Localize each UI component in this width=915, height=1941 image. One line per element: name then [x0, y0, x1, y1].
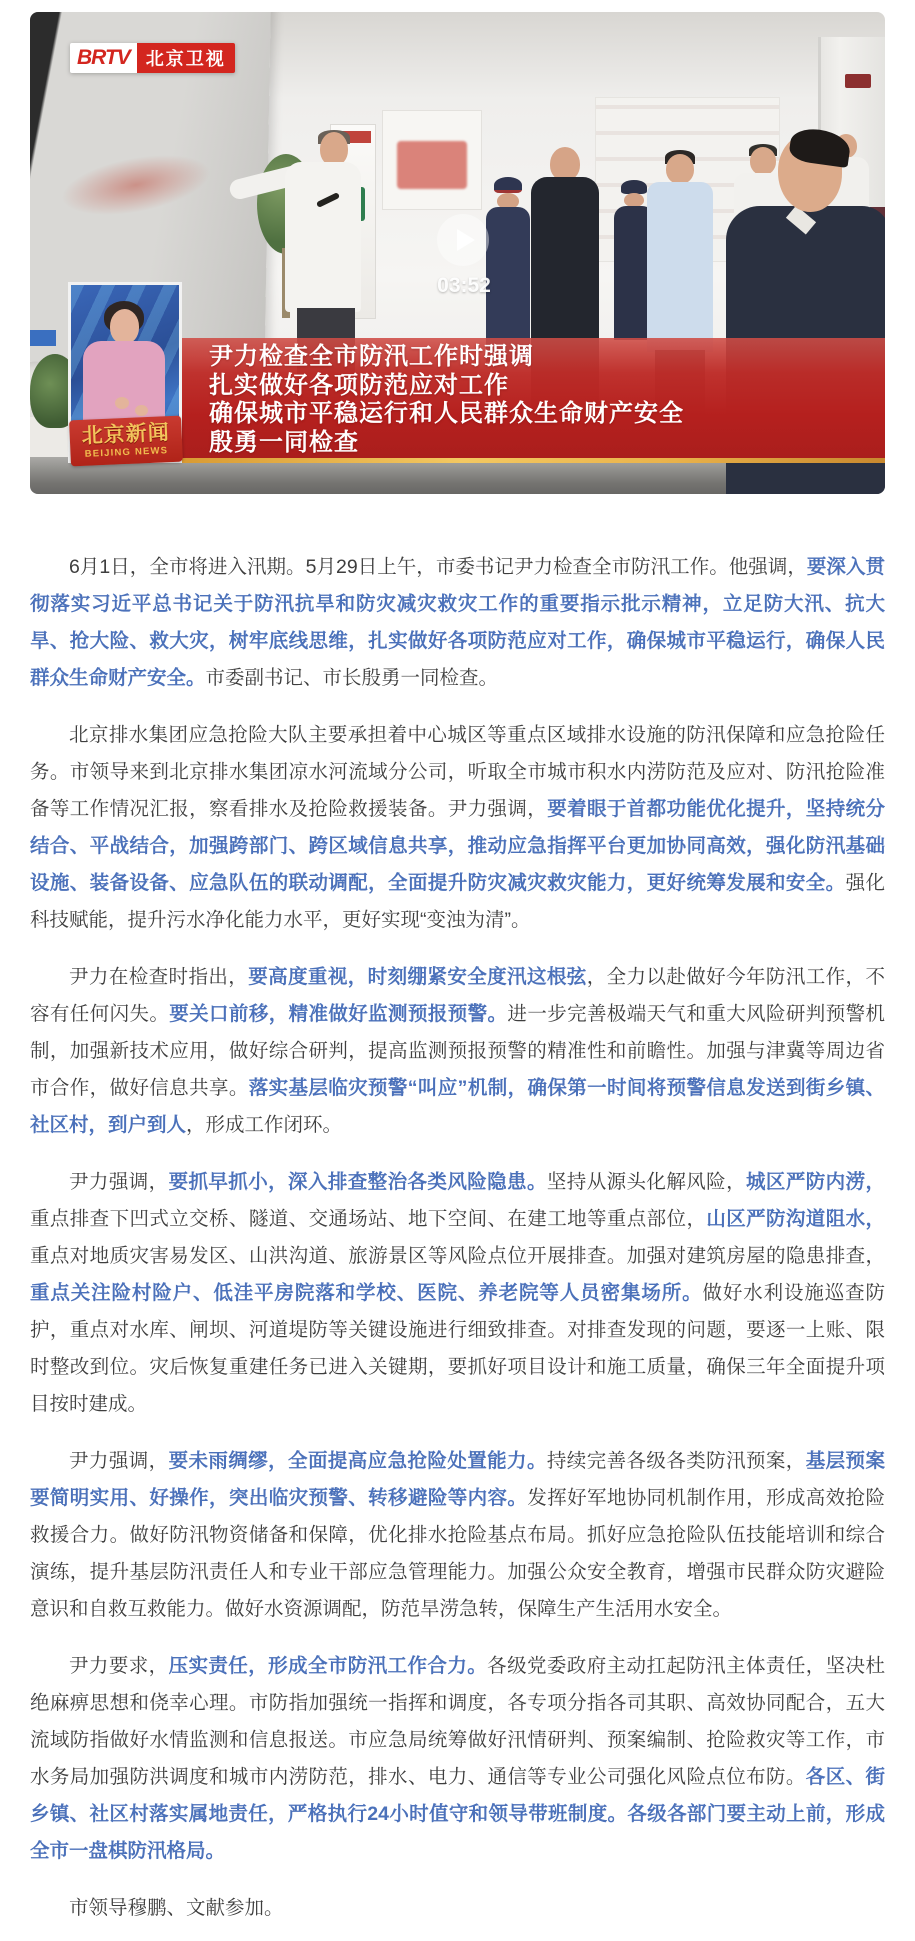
text-segment: 尹力强调，: [69, 1450, 169, 1472]
highlighted-text-segment: 要高度重视，时刻绷紧安全度汛这根弦: [248, 966, 587, 988]
video-timestamp: 03:52: [428, 274, 500, 298]
video-player[interactable]: BRTV 北京卫视 尹力检查全市防汛工作时强调 扎实做好各项防范应对工作 确保城…: [30, 12, 885, 494]
caption-line: 确保城市平稳运行和人民群众生命财产安全: [209, 400, 885, 429]
highlighted-text-segment: 山区严防沟道阻水，: [706, 1208, 885, 1230]
interpreter-face: [110, 309, 139, 344]
beijing-news-badge: 北京新闻 BEIJING NEWS: [69, 416, 183, 467]
highlighted-text-segment: 压实责任，形成全市防汛工作合力。: [169, 1655, 488, 1677]
brtv-channel-name: 北京卫视: [137, 43, 235, 73]
caption-line: 尹力检查全市防汛工作时强调: [209, 343, 885, 372]
caption-line: 扎实做好各项防范应对工作: [209, 372, 885, 401]
wall-sign: [30, 330, 56, 346]
paragraph: 尹力在检查时指出，要高度重视，时刻绷紧安全度汛这根弦，全力以赴做好今年防汛工作，…: [30, 959, 885, 1144]
highlighted-text-segment: 要未雨绸缪，全面提高应急抢险处置能力。: [169, 1450, 547, 1472]
highlighted-text-segment: 要抓早抓小，深入排查整治各类风险隐患。: [169, 1171, 547, 1193]
text-segment: 重点排查下凹式立交桥、隧道、交通场站、地下空间、在建工地等重点部位，: [30, 1208, 706, 1230]
caption-line: 殷勇一同检查: [209, 429, 885, 458]
badge-subtitle: BEIJING NEWS: [84, 444, 168, 461]
text-segment: 坚持从源头化解风险，: [547, 1171, 746, 1193]
article-page: BRTV 北京卫视 尹力检查全市防汛工作时强调 扎实做好各项防范应对工作 确保城…: [0, 12, 915, 1941]
text-segment: 市领导穆鹏、文献参加。: [69, 1897, 284, 1919]
text-segment: 尹力在检查时指出，: [69, 966, 248, 988]
display-board: [382, 110, 482, 210]
text-segment: ，形成工作闭环。: [186, 1114, 342, 1136]
paragraph: 尹力要求，压实责任，形成全市防汛工作合力。各级党委政府主动扛起防汛主体责任，坚决…: [30, 1648, 885, 1870]
text-segment: 尹力强调，: [69, 1171, 169, 1193]
exit-sign: [845, 74, 871, 88]
highlighted-text-segment: 城区严防内涝，: [746, 1171, 885, 1193]
paragraph: 尹力强调，要抓早抓小，深入排查整治各类风险隐患。坚持从源头化解风险，城区严防内涝…: [30, 1164, 885, 1423]
text-segment: 6月1日，全市将进入汛期。5月29日上午，市委书记尹力检查全市防汛工作。他强调，: [69, 556, 807, 578]
play-icon: [457, 229, 475, 251]
text-segment: 市委副书记、市长殷勇一同检查。: [206, 667, 499, 689]
text-segment: 尹力要求，: [69, 1655, 169, 1677]
fire-truck-poster: [397, 141, 467, 189]
paragraph: 市领导穆鹏、文献参加。: [30, 1890, 885, 1927]
article-body: 6月1日，全市将进入汛期。5月29日上午，市委书记尹力检查全市防汛工作。他强调，…: [0, 494, 915, 1941]
highlighted-text-segment: 要关口前移，精准做好监测预报预警。: [169, 1003, 507, 1025]
play-button[interactable]: [437, 214, 489, 266]
text-segment: 重点对地质灾害易发区、山洪沟道、旅游景区等风险点位开展排查。加强对建筑房屋的隐患…: [30, 1245, 885, 1267]
brtv-logo-text: BRTV: [70, 43, 137, 73]
caption-gold-stripe: [182, 458, 885, 463]
paragraph: 6月1日，全市将进入汛期。5月29日上午，市委书记尹力检查全市防汛工作。他强调，…: [30, 549, 885, 697]
news-caption-banner: 尹力检查全市防汛工作时强调 扎实做好各项防范应对工作 确保城市平稳运行和人民群众…: [182, 338, 885, 463]
paragraph: 尹力强调，要未雨绸缪，全面提高应急抢险处置能力。持续完善各级各类防汛预案，基层预…: [30, 1443, 885, 1628]
brtv-logo: BRTV 北京卫视: [70, 43, 235, 73]
highlighted-text-segment: 重点关注险村险户、低洼平房院落和学校、医院、养老院等人员密集场所。: [30, 1282, 702, 1304]
interpreter-hand: [115, 397, 129, 409]
text-segment: 持续完善各级各类防汛预案，: [547, 1450, 806, 1472]
paragraph: 北京排水集团应急抢险大队主要承担着中心城区等重点区域排水设施的防汛保障和应急抢险…: [30, 717, 885, 939]
interpreter-hand: [135, 405, 148, 416]
